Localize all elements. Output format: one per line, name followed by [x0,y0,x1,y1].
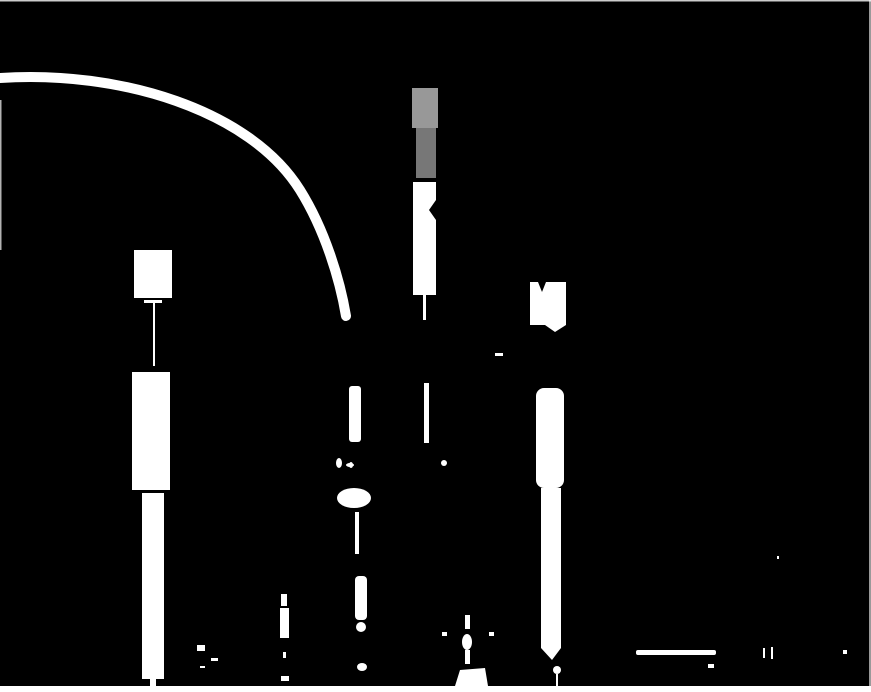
photo-scene: High-contrast binarized black-and-white … [0,0,871,692]
top-border [0,0,871,2]
left-border [0,100,2,250]
photo-canvas [0,0,871,692]
bottom-border [0,686,871,692]
